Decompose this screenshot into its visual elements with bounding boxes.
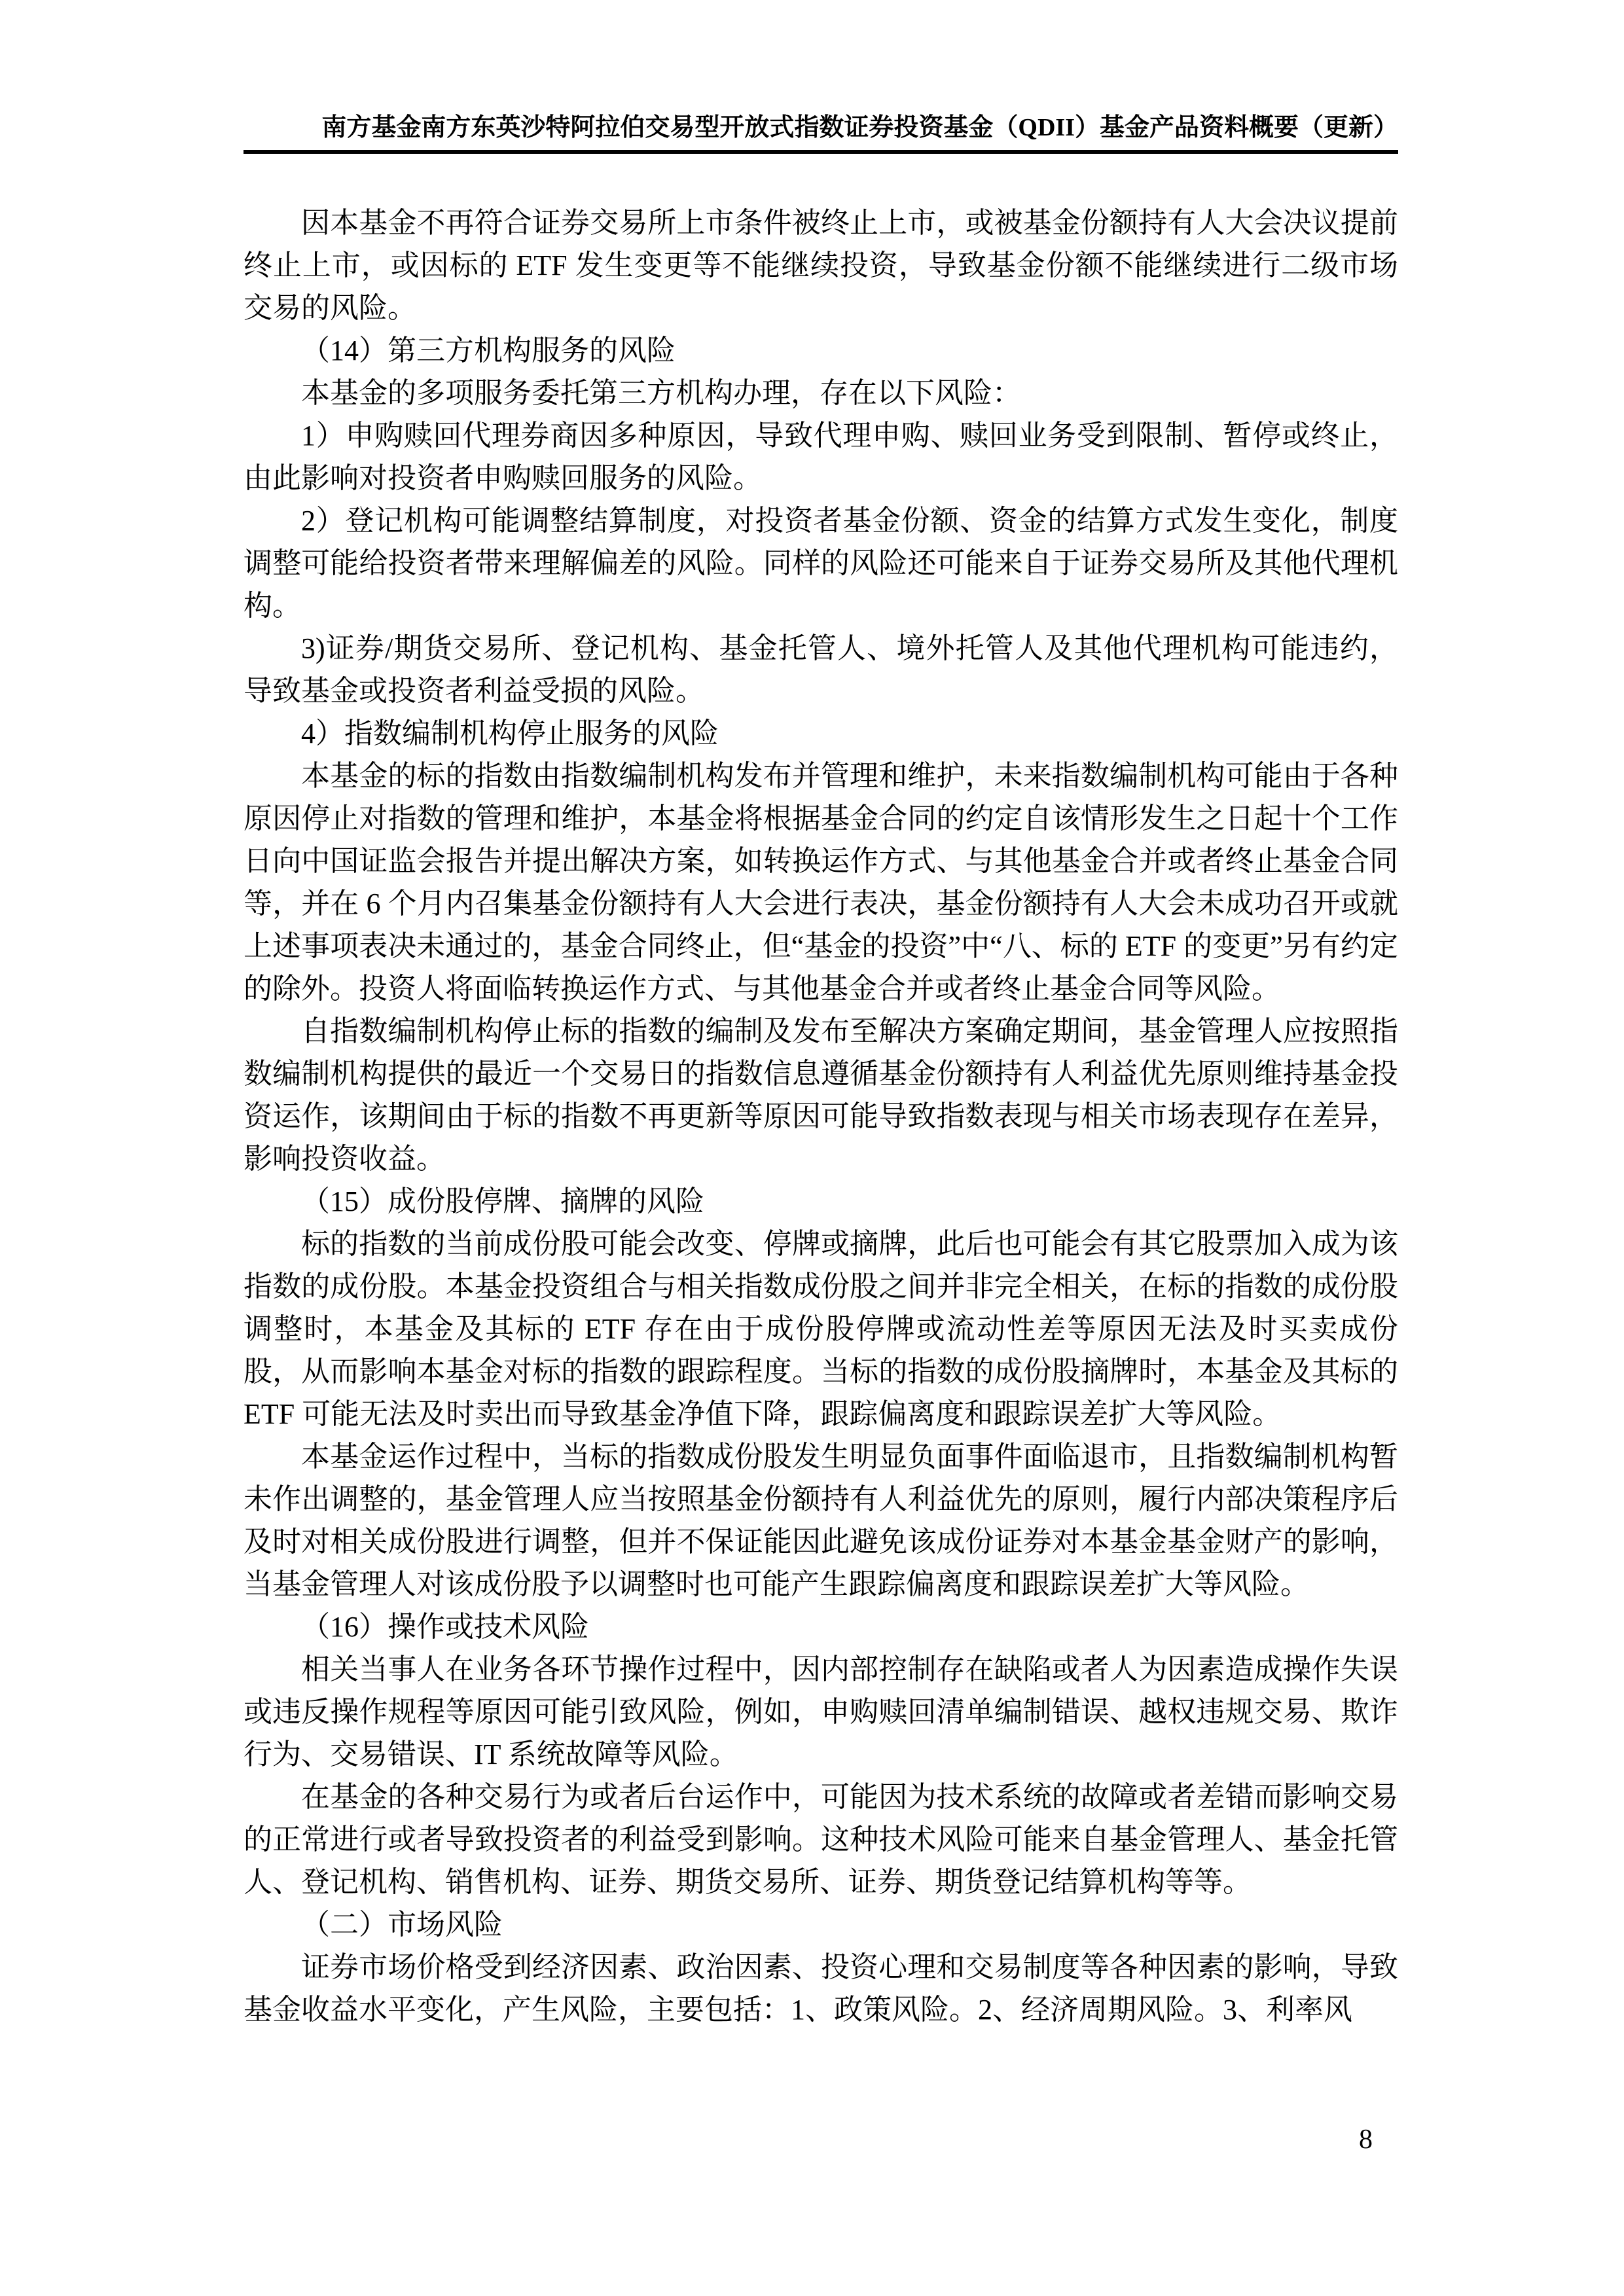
paragraph: （15）成份股停牌、摘牌的风险 [244, 1180, 1398, 1223]
paragraph: （14）第三方机构服务的风险 [244, 329, 1398, 372]
paragraph: （二）市场风险 [244, 1903, 1398, 1946]
paragraph: 在基金的各种交易行为或者后台运作中，可能因为技术系统的故障或者差错而影响交易的正… [244, 1776, 1398, 1903]
paragraph: 4）指数编制机构停止服务的风险 [244, 712, 1398, 755]
document-page: 南方基金南方东英沙特阿拉伯交易型开放式指数证券投资基金（QDII）基金产品资料概… [0, 0, 1624, 2296]
paragraph: 因本基金不再符合证券交易所上市条件被终止上市，或被基金份额持有人大会决议提前终止… [244, 202, 1398, 329]
paragraph: 本基金的多项服务委托第三方机构办理，存在以下风险： [244, 372, 1398, 414]
paragraph: 本基金的标的指数由指数编制机构发布并管理和维护，未来指数编制机构可能由于各种原因… [244, 755, 1398, 1010]
paragraph: 自指数编制机构停止标的指数的编制及发布至解决方案确定期间，基金管理人应按照指数编… [244, 1010, 1398, 1180]
paragraph: 证券市场价格受到经济因素、政治因素、投资心理和交易制度等各种因素的影响，导致基金… [244, 1946, 1398, 2031]
page-number: 8 [1359, 2123, 1373, 2156]
paragraph: 3)证券/期货交易所、登记机构、基金托管人、境外托管人及其他代理机构可能违约，导… [244, 627, 1398, 712]
paragraph: 2）登记机构可能调整结算制度，对投资者基金份额、资金的结算方式发生变化，制度调整… [244, 499, 1398, 627]
header-rule [244, 150, 1398, 154]
paragraph: 本基金运作过程中，当标的指数成份股发生明显负面事件面临退市，且指数编制机构暂未作… [244, 1435, 1398, 1605]
body-paragraphs: 因本基金不再符合证券交易所上市条件被终止上市，或被基金份额持有人大会决议提前终止… [244, 202, 1398, 2031]
document-header-title: 南方基金南方东英沙特阿拉伯交易型开放式指数证券投资基金（QDII）基金产品资料概… [244, 111, 1398, 144]
paragraph: 标的指数的当前成份股可能会改变、停牌或摘牌，此后也可能会有其它股票加入成为该指数… [244, 1223, 1398, 1435]
paragraph: （16）操作或技术风险 [244, 1605, 1398, 1648]
paragraph: 相关当事人在业务各环节操作过程中，因内部控制存在缺陷或者人为因素造成操作失误或违… [244, 1648, 1398, 1776]
paragraph: 1）申购赎回代理券商因多种原因，导致代理申购、赎回业务受到限制、暂停或终止，由此… [244, 414, 1398, 499]
